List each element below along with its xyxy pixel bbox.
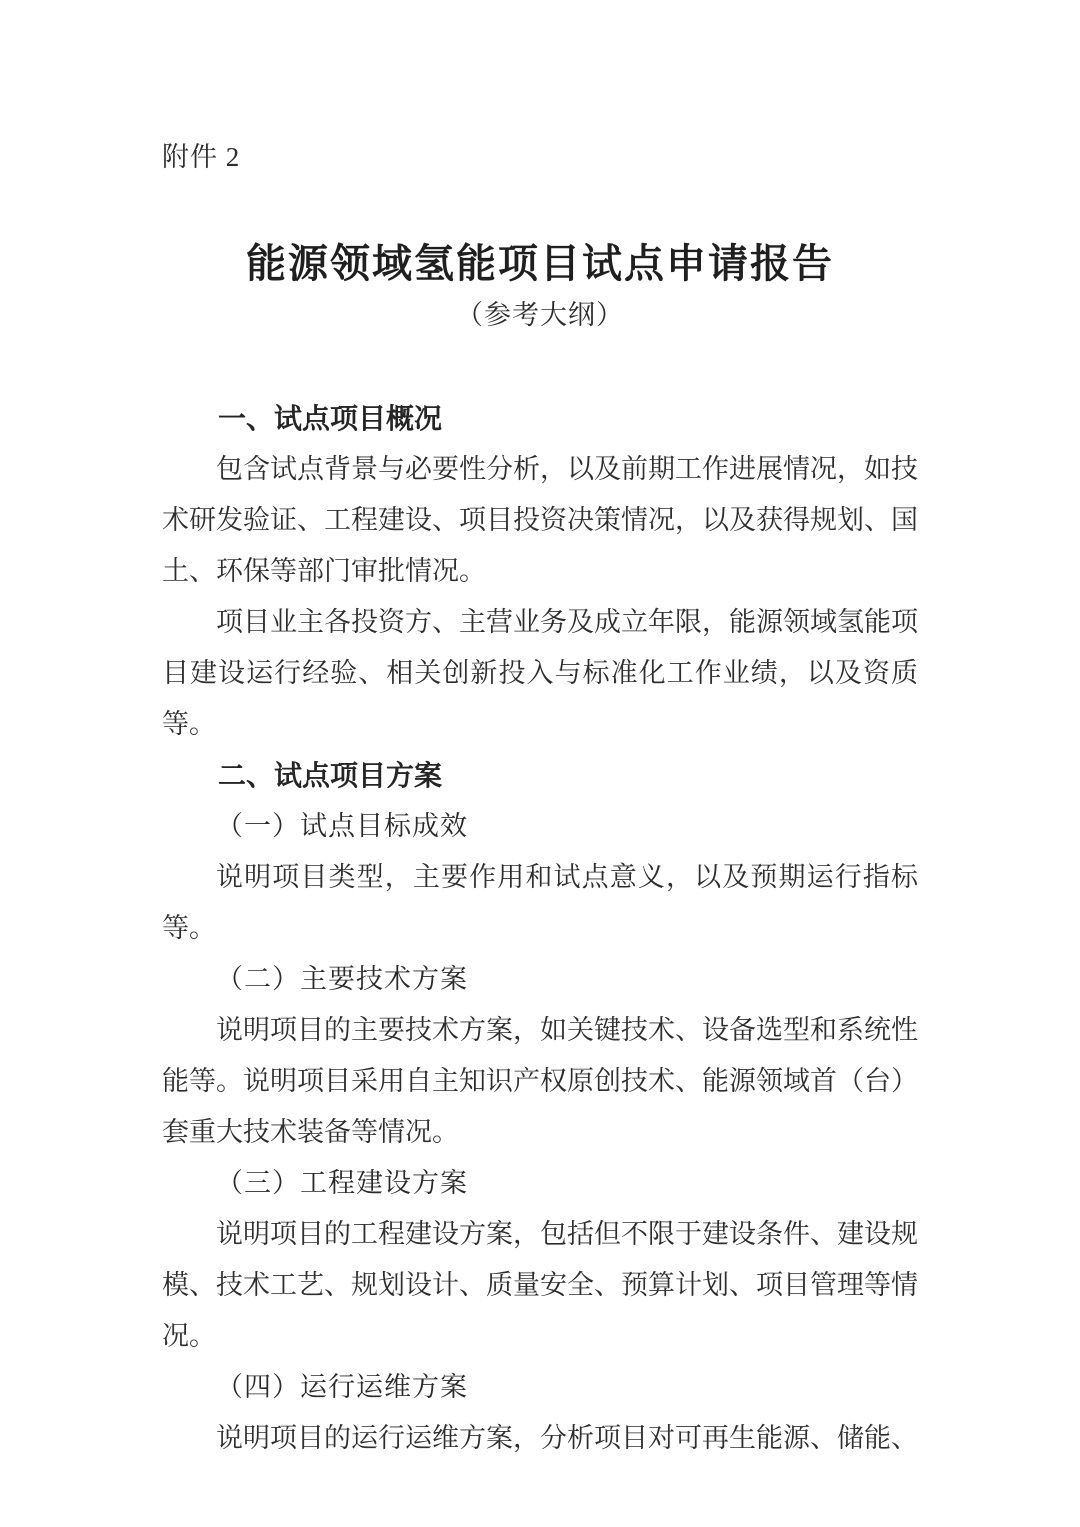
subsection-heading-operation-plan: （四）运行运维方案: [162, 1362, 918, 1413]
document-title: 能源领域氢能项目试点申请报告: [162, 238, 918, 290]
subsection-heading-technical-plan: （二）主要技术方案: [162, 954, 918, 1005]
paragraph-operation-plan: 说明项目的运行运维方案，分析项目对可再生能源、储能、: [162, 1413, 918, 1464]
document-content-area: 附件 2 能源领域氢能项目试点申请报告 （参考大纲） 一、试点项目概况 包含试点…: [0, 0, 1080, 1464]
paragraph-construction-plan: 说明项目的工程建设方案，包括但不限于建设条件、建设规模、技术工艺、规划设计、质量…: [162, 1209, 918, 1362]
subsection-heading-construction-plan: （三）工程建设方案: [162, 1158, 918, 1209]
attachment-label: 附件 2: [162, 0, 918, 175]
paragraph-project-type: 说明项目类型，主要作用和试点意义，以及预期运行指标等。: [162, 852, 918, 954]
section-heading-pilot-overview: 一、试点项目概况: [162, 393, 918, 444]
document-body: 一、试点项目概况 包含试点背景与必要性分析，以及前期工作进展情况，如技术研发验证…: [162, 393, 918, 1464]
subsection-heading-goals: （一）试点目标成效: [162, 801, 918, 852]
section-heading-pilot-plan: 二、试点项目方案: [162, 750, 918, 801]
document-page: 附件 2 能源领域氢能项目试点申请报告 （参考大纲） 一、试点项目概况 包含试点…: [0, 0, 1080, 1527]
paragraph-technical-plan: 说明项目的主要技术方案，如关键技术、设备选型和系统性能等。说明项目采用自主知识产…: [162, 1005, 918, 1158]
paragraph-owner-investors: 项目业主各投资方、主营业务及成立年限，能源领域氢能项目建设运行经验、相关创新投入…: [162, 597, 918, 750]
document-subtitle: （参考大纲）: [162, 295, 918, 335]
paragraph-background-analysis: 包含试点背景与必要性分析，以及前期工作进展情况，如技术研发验证、工程建设、项目投…: [162, 444, 918, 597]
